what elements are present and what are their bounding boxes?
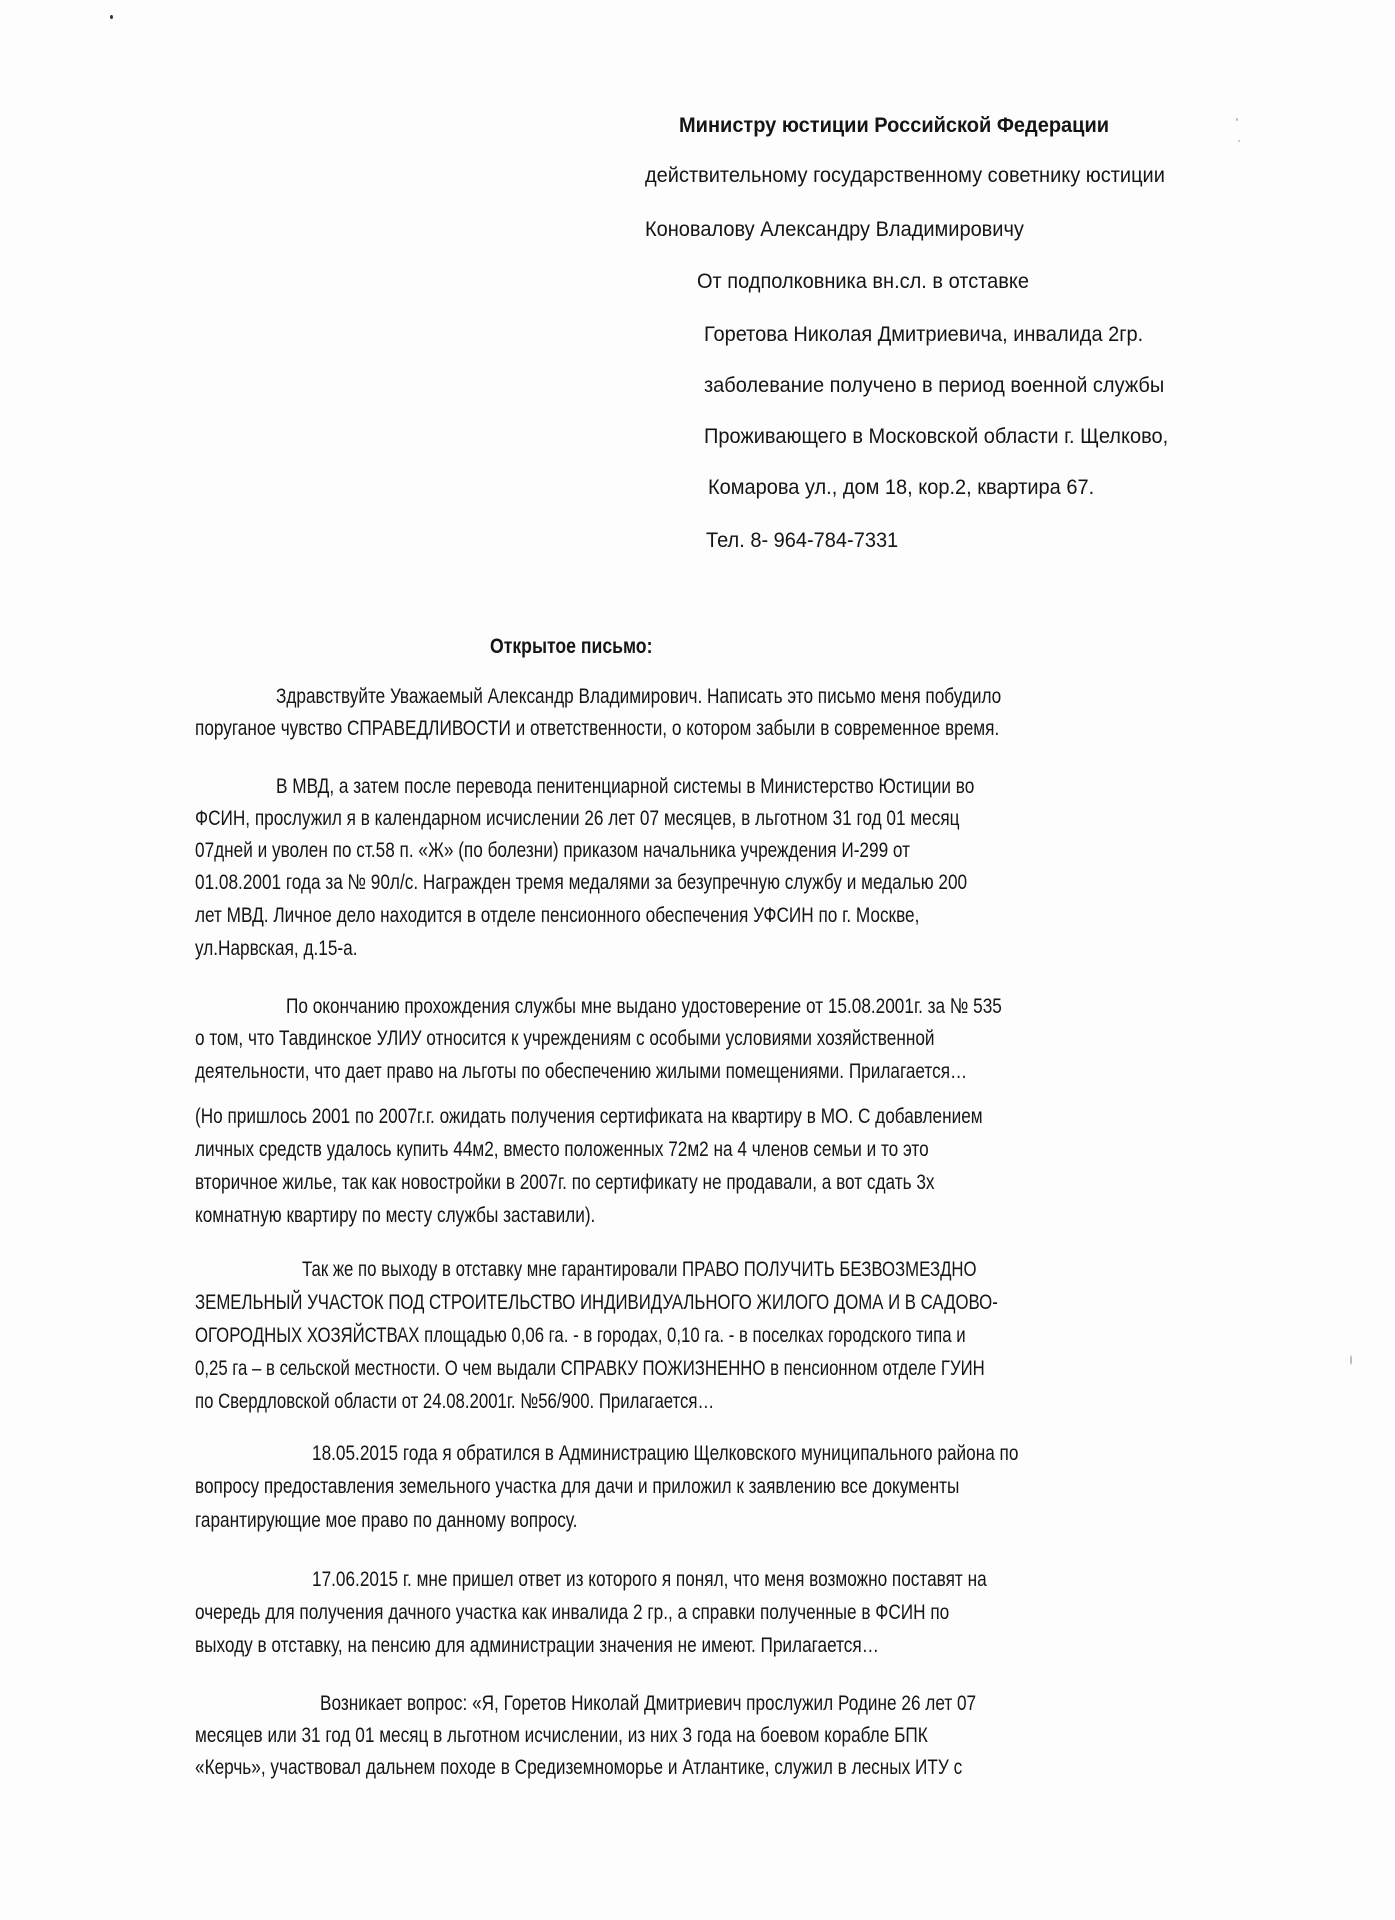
addressee-line: Коновалову Александру Владимировичу (645, 216, 1024, 242)
paragraph-line: поруганое чувство СПРАВЕДЛИВОСТИ и ответ… (195, 715, 999, 741)
addressee-title: Министру юстиции Российской Федерации (679, 112, 1109, 138)
letter-heading: Открытое письмо: (490, 633, 652, 659)
paragraph-line: 17.06.2015 г. мне пришел ответ из которо… (312, 1566, 987, 1592)
addressee-line: Проживающего в Московской области г. Щел… (704, 423, 1168, 449)
scan-speck (1236, 118, 1238, 121)
paragraph-line: ФСИН, прослужил я в календарном исчислен… (195, 805, 959, 831)
paragraph-line: 07дней и уволен по ст.58 п. «Ж» (по боле… (195, 837, 910, 863)
addressee-line: От подполковника вн.сл. в отставке (697, 268, 1029, 294)
addressee-phone: Тел. 8- 964-784-7331 (706, 527, 898, 553)
paragraph-line: гарантирующие мое право по данному вопро… (195, 1507, 577, 1533)
paragraph-line: очередь для получения дачного участка ка… (195, 1599, 949, 1625)
paragraph-line: (Но пришлось 2001 по 2007г.г. ожидать по… (195, 1103, 983, 1129)
scan-speck (1238, 140, 1240, 142)
scanned-letter-page: Министру юстиции Российской Федерации де… (0, 0, 1395, 1920)
paragraph-line: комнатную квартиру по месту службы заста… (195, 1202, 595, 1228)
addressee-line: заболевание получено в период военной сл… (704, 372, 1164, 398)
scan-speck (110, 15, 113, 19)
paragraph-line: месяцев или 31 год 01 месяц в льготном и… (195, 1722, 928, 1748)
paragraph-line: вторичное жилье, так как новостройки в 2… (195, 1169, 935, 1195)
paragraph-line: По окончанию прохождения службы мне выда… (286, 993, 1002, 1019)
paragraph-line: Здравствуйте Уважаемый Александр Владими… (276, 683, 1001, 709)
paragraph-line: «Керчь», участвовал дальнем походе в Сре… (195, 1754, 962, 1780)
paragraph-line: Возникает вопрос: «Я, Горетов Николай Дм… (320, 1690, 976, 1716)
paragraph-line: деятельности, что дает право на льготы п… (195, 1058, 967, 1084)
paragraph-line: ОГОРОДНЫХ ХОЗЯЙСТВАХ площадью 0,06 га. -… (195, 1322, 966, 1348)
paragraph-line: вопросу предоставления земельного участк… (195, 1473, 959, 1499)
paragraph-line: 0,25 га – в сельской местности. О чем вы… (195, 1355, 985, 1381)
addressee-line: Горетова Николая Дмитриевича, инвалида 2… (704, 321, 1143, 347)
paragraph-line: по Свердловской области от 24.08.2001г. … (195, 1388, 714, 1414)
scan-speck (1350, 1355, 1352, 1365)
addressee-line: Комарова ул., дом 18, кор.2, квартира 67… (708, 474, 1094, 500)
paragraph-line: выходу в отставку, на пенсию для админис… (195, 1632, 879, 1658)
paragraph-line: В МВД, а затем после перевода пенитенциа… (276, 773, 974, 799)
paragraph-line: ЗЕМЕЛЬНЫЙ УЧАСТОК ПОД СТРОИТЕЛЬСТВО ИНДИ… (195, 1289, 998, 1315)
paragraph-line: лет МВД. Личное дело находится в отделе … (195, 902, 919, 928)
paragraph-line: ул.Нарвская, д.15-а. (195, 935, 358, 961)
paragraph-line: Так же по выходу в отставку мне гарантир… (302, 1256, 977, 1282)
paragraph-line: 01.08.2001 года за № 90л/с. Награжден тр… (195, 869, 967, 895)
paragraph-line: личных средств удалось купить 44м2, вмес… (195, 1136, 929, 1162)
paragraph-line: о том, что Тавдинское УЛИУ относится к у… (195, 1025, 935, 1051)
addressee-line: действительному государственному советни… (645, 162, 1165, 188)
paragraph-line: 18.05.2015 года я обратился в Администра… (312, 1440, 1018, 1466)
